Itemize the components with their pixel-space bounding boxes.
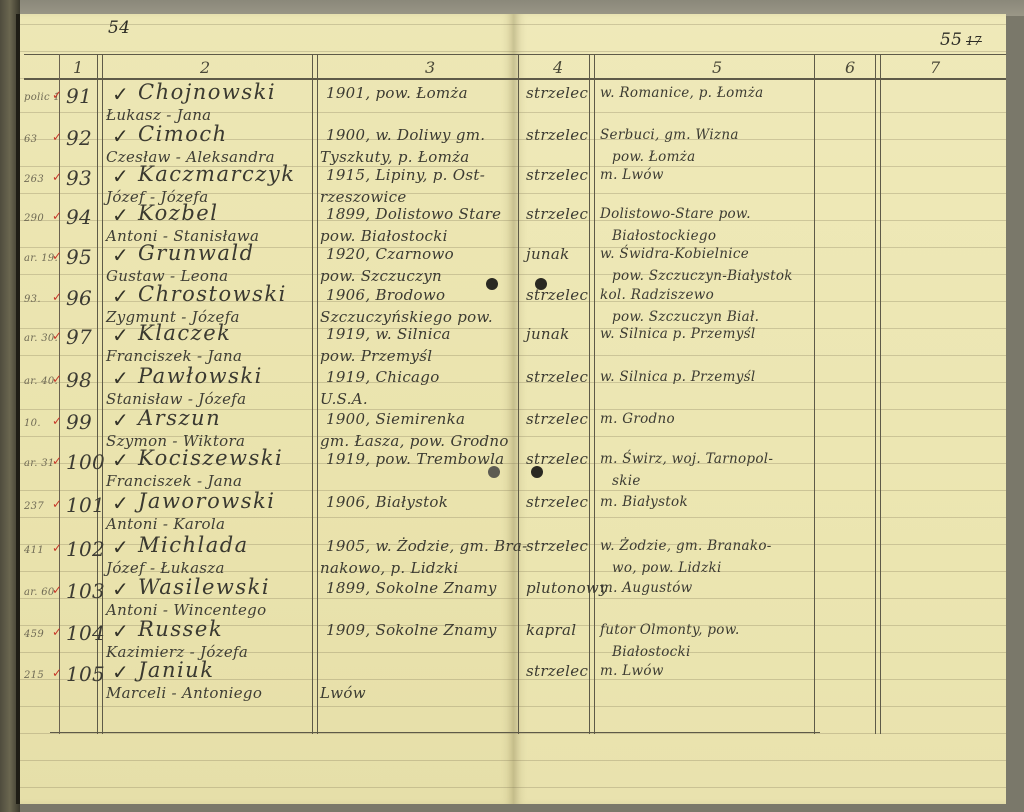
birth-info-line2: pow. Szczuczyn	[320, 267, 442, 285]
rank: plutonowy	[526, 579, 608, 597]
residence-line1: w. Żodzie, gm. Branako-	[600, 538, 772, 554]
surname: Cimoch	[138, 122, 228, 146]
birth-info-line1: 1901, pow. Łomża	[326, 84, 468, 102]
check-icon: ✓	[112, 408, 129, 432]
check-icon: ✓	[112, 660, 129, 684]
residence-line1: futor Olmonty, pow.	[600, 622, 740, 638]
given-name-parent: Franciszek - Jana	[106, 347, 242, 365]
check-icon: ✓	[112, 164, 129, 188]
entry-number: 105	[66, 662, 105, 686]
birth-info-line2: rzeszowice	[320, 188, 407, 206]
entry-number: 97	[66, 325, 92, 349]
check-icon: ✓	[112, 535, 129, 559]
margin-note: ar. 31	[24, 458, 55, 469]
residence-line1: w. Silnica p. Przemyśl	[600, 326, 755, 342]
rank: strzelec	[526, 205, 588, 223]
surname: Kaczmarczyk	[138, 162, 295, 186]
entry-number: 98	[66, 368, 92, 392]
col-divider-5	[814, 54, 815, 734]
col-header-6: 6	[845, 58, 855, 77]
red-check-icon: ✓	[52, 329, 62, 343]
margin-note: 63	[24, 134, 37, 145]
red-check-icon: ✓	[52, 170, 62, 184]
red-check-icon: ✓	[52, 497, 62, 511]
red-check-icon: ✓	[52, 454, 62, 468]
surname: Grunwald	[138, 241, 255, 265]
check-icon: ✓	[112, 619, 129, 643]
birth-info-line1: 1905, w. Żodzie, gm. Bra-	[326, 537, 528, 555]
entry-number: 104	[66, 621, 105, 645]
red-check-icon: ✓	[52, 88, 62, 102]
margin-note: 10.	[24, 418, 41, 429]
col-divider-4	[589, 54, 595, 734]
birth-info-line2: pow. Białostocki	[320, 227, 448, 245]
residence-line1: w. Świdra-Kobielnice	[600, 246, 749, 262]
margin-note: 215	[24, 670, 44, 681]
birth-info-line1: 1909, Sokolne Znamy	[326, 621, 497, 639]
rank: strzelec	[526, 84, 588, 102]
rank: strzelec	[526, 368, 588, 386]
birth-info-line1: 1919, pow. Trembowla	[326, 450, 504, 468]
given-name-parent: Franciszek - Jana	[106, 472, 242, 490]
residence-line2: Białostockiego	[612, 228, 716, 244]
red-check-icon: ✓	[52, 372, 62, 386]
col-divider-3	[518, 54, 519, 734]
check-icon: ✓	[112, 124, 129, 148]
birth-info-line2: pow. Przemyśl	[320, 347, 432, 365]
check-icon: ✓	[112, 284, 129, 308]
col-header-1: 1	[73, 58, 83, 77]
residence-line2: Białostocki	[612, 644, 691, 660]
residence-line1: Dolistowo-Stare pow.	[600, 206, 751, 222]
entry-number: 101	[66, 493, 105, 517]
rank: kapral	[526, 621, 576, 639]
red-check-icon: ✓	[52, 130, 62, 144]
birth-info-line2: Tyszkuty, p. Łomża	[320, 148, 470, 166]
residence-line2: wo, pow. Lidzki	[612, 560, 722, 576]
surname: Klaczek	[138, 321, 231, 345]
punch-hole	[486, 278, 498, 290]
header-top-rule	[24, 54, 1006, 55]
surname: Pawłowski	[138, 364, 263, 388]
col-divider-6	[875, 54, 881, 734]
red-check-icon: ✓	[52, 666, 62, 680]
residence-line2: pow. Szczuczyn-Białystok	[612, 268, 793, 284]
residence-line1: m. Lwów	[600, 663, 664, 679]
rank: strzelec	[526, 126, 588, 144]
birth-info-line2: Lwów	[320, 684, 366, 702]
surname: Kozbel	[138, 201, 218, 225]
entry-number: 92	[66, 126, 92, 150]
residence-line1: kol. Radziszewo	[600, 287, 714, 303]
check-icon: ✓	[112, 323, 129, 347]
col-header-3: 3	[425, 58, 435, 77]
margin-note: 237	[24, 501, 44, 512]
entry-number: 95	[66, 245, 92, 269]
col-divider-2	[312, 54, 318, 734]
birth-info-line1: 1906, Białystok	[326, 493, 448, 511]
surname: Kociszewski	[138, 446, 283, 470]
residence-line1: m. Lwów	[600, 167, 664, 183]
birth-info-line1: 1915, Lipiny, p. Ost-	[326, 166, 485, 184]
red-check-icon: ✓	[52, 249, 62, 263]
surname: Russek	[138, 617, 223, 641]
surname: Chojnowski	[138, 80, 276, 104]
check-icon: ✓	[112, 577, 129, 601]
entry-number: 103	[66, 579, 105, 603]
birth-info-line2: U.S.A.	[320, 390, 368, 408]
surname: Arszun	[138, 406, 221, 430]
margin-note: 290	[24, 213, 44, 224]
rank: strzelec	[526, 410, 588, 428]
margin-note: ar. 60	[24, 587, 55, 598]
residence-line1: m. Augustów	[600, 580, 693, 596]
margin-note: 93.	[24, 294, 41, 305]
entry-number: 93	[66, 166, 92, 190]
surname: Wasilewski	[138, 575, 270, 599]
red-check-icon: ✓	[52, 414, 62, 428]
red-check-icon: ✓	[52, 625, 62, 639]
birth-info-line1: 1906, Brodowo	[326, 286, 445, 304]
entry-number: 99	[66, 410, 92, 434]
residence-line1: m. Białystok	[600, 494, 688, 510]
check-icon: ✓	[112, 366, 129, 390]
residence-line1: m. Świrz, woj. Tarnopol-	[600, 451, 773, 467]
book-spread: 54 55 17 1 2 3 4 5 6 7 polic 1 ✓ 91 ✓ Ch…	[0, 0, 1024, 812]
rank: strzelec	[526, 537, 588, 555]
col-header-2: 2	[200, 58, 210, 77]
table-bottom-rule	[50, 732, 820, 733]
surname: Jaworowski	[138, 489, 275, 513]
rank: junak	[526, 245, 570, 263]
residence-line2: skie	[612, 473, 641, 489]
birth-info-line1: 1899, Dolistowo Stare	[326, 205, 501, 223]
col-header-4: 4	[553, 58, 563, 77]
red-check-icon: ✓	[52, 583, 62, 597]
red-check-icon: ✓	[52, 290, 62, 304]
margin-note: 411	[24, 545, 44, 556]
book-spine	[0, 0, 20, 812]
margin-note: 263	[24, 174, 44, 185]
check-icon: ✓	[112, 82, 129, 106]
rank: strzelec	[526, 662, 588, 680]
birth-info-line2: Szczuczyńskiego pow.	[320, 308, 493, 326]
residence-line1: w. Romanice, p. Łomża	[600, 85, 763, 101]
col-header-5: 5	[712, 58, 722, 77]
check-icon: ✓	[112, 448, 129, 472]
red-check-icon: ✓	[52, 541, 62, 555]
margin-note: 459	[24, 629, 44, 640]
entry-number: 102	[66, 537, 105, 561]
rank: strzelec	[526, 286, 588, 304]
rank: strzelec	[526, 166, 588, 184]
birth-info-line1: 1919, Chicago	[326, 368, 440, 386]
check-icon: ✓	[112, 491, 129, 515]
rank: strzelec	[526, 493, 588, 511]
rank: strzelec	[526, 450, 588, 468]
entry-number: 100	[66, 450, 105, 474]
entry-number: 94	[66, 205, 92, 229]
col-header-7: 7	[930, 58, 940, 77]
residence-line2: pow. Szczuczyn Biał.	[612, 309, 759, 325]
birth-info-line1: 1900, w. Doliwy gm.	[326, 126, 485, 144]
rank: junak	[526, 325, 570, 343]
right-page-number-crossed: 17	[966, 34, 982, 48]
residence-line1: w. Silnica p. Przemyśl	[600, 369, 755, 385]
residence-line2: pow. Łomża	[612, 149, 695, 165]
surname: Chrostowski	[138, 282, 287, 306]
birth-info-line2: nakowo, p. Lidzki	[320, 559, 459, 577]
birth-info-line2: gm. Łasza, pow. Grodno	[320, 432, 509, 450]
surname: Janiuk	[138, 658, 214, 682]
entry-number: 91	[66, 84, 92, 108]
check-icon: ✓	[112, 203, 129, 227]
given-name-parent: Antoni - Karola	[106, 515, 225, 533]
left-page-number: 54	[108, 18, 130, 38]
red-check-icon: ✓	[52, 209, 62, 223]
birth-info-line1: 1919, w. Silnica	[326, 325, 451, 343]
surname: Michlada	[138, 533, 249, 557]
residence-line1: Serbuci, gm. Wizna	[600, 127, 739, 143]
check-icon: ✓	[112, 243, 129, 267]
right-page-number: 55	[940, 30, 962, 50]
entry-number: 96	[66, 286, 92, 310]
birth-info-line1: 1899, Sokolne Znamy	[326, 579, 497, 597]
residence-line1: m. Grodno	[600, 411, 675, 427]
birth-info-line1: 1920, Czarnowo	[326, 245, 454, 263]
given-name-parent: Marceli - Antoniego	[106, 684, 262, 702]
birth-info-line1: 1900, Siemirenka	[326, 410, 465, 428]
